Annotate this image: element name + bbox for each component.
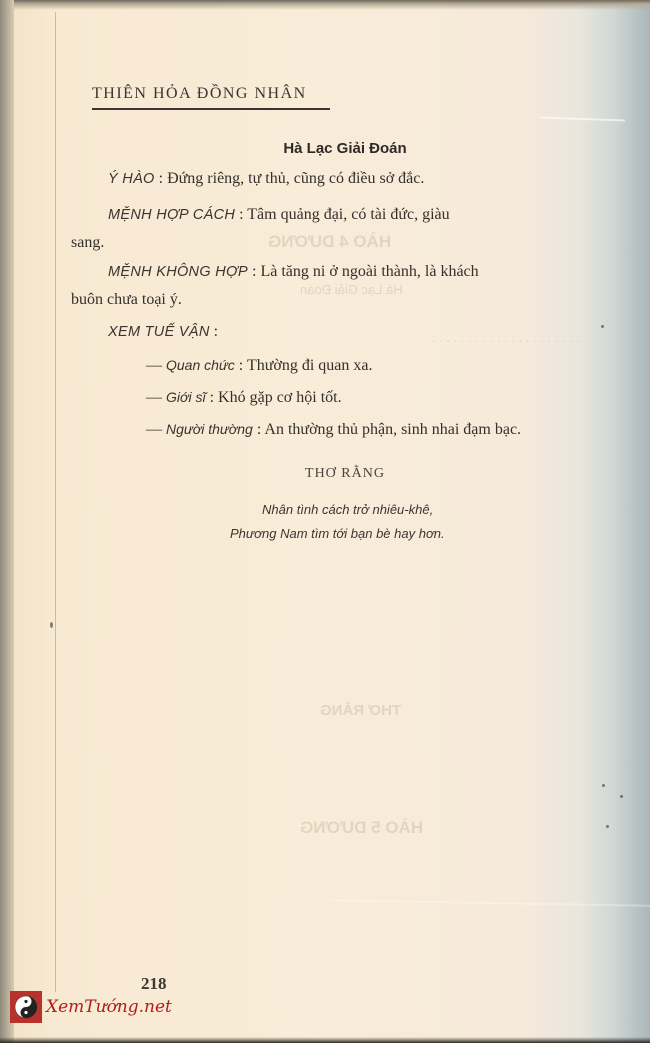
entry-label: Ý HÀO xyxy=(108,171,155,187)
section-title: Hà Lạc Giải Đoán xyxy=(0,140,650,157)
entry-continuation: sang. xyxy=(71,234,104,251)
entry-menh-hop-cach: MỆNH HỢP CÁCH : Tâm quảng đại, có tài đứ… xyxy=(108,201,588,257)
site-watermark[interactable]: XemTướng.net xyxy=(10,991,172,1023)
poem-line: Nhân tình cách trở nhiêu-khê, xyxy=(262,502,433,517)
entry-y-hao: Ý HÀO : Đứng riêng, tự thủ, cũng có điều… xyxy=(108,165,588,193)
entry-label: XEM TUẾ VẬN xyxy=(108,324,210,340)
book-page: HÀO 4 DƯƠNG Hà Lạc Giải Đoán THƠ RẰNG HÀ… xyxy=(0,0,650,1043)
show-through-text: THƠ RẰNG xyxy=(320,702,401,719)
entry-text: Đứng riêng, tự thủ, cũng có điều sở đắc. xyxy=(167,170,424,187)
header-rule xyxy=(92,108,330,110)
entry-xem-tue-van: XEM TUẾ VẬN : xyxy=(108,318,588,346)
poem-title: THƠ RẰNG xyxy=(0,466,650,482)
paper-crease xyxy=(330,899,650,907)
entry-text: Là tăng ni ở ngoài thành, là khách xyxy=(260,263,478,280)
paper-crease xyxy=(540,117,625,122)
entry-continuation: buôn chưa toại ý. xyxy=(71,291,182,308)
paper-speck xyxy=(50,622,53,628)
tue-van-quan-chuc: — Quan chức : Thường đi quan xa. xyxy=(146,357,373,375)
tue-van-text: Khó gặp cơ hội tốt. xyxy=(218,389,342,406)
tue-van-label: Người thường xyxy=(166,421,253,437)
paper-speck xyxy=(601,325,604,328)
tue-van-text: Thường đi quan xa. xyxy=(247,357,373,374)
yin-yang-icon xyxy=(10,991,42,1023)
tue-van-text: An thường thủ phận, sinh nhai đạm bạc. xyxy=(264,421,521,438)
running-head: THIÊN HỎA ĐỒNG NHÂN xyxy=(92,85,307,103)
fold-line xyxy=(55,12,56,992)
entry-label: MỆNH HỢP CÁCH xyxy=(108,207,235,223)
entry-label: MỆNH KHÔNG HỢP xyxy=(108,264,248,280)
tue-van-label: Quan chức xyxy=(166,357,235,373)
entry-text: Tâm quảng đại, có tài đức, giàu xyxy=(247,206,449,223)
paper-speck xyxy=(620,795,623,798)
tue-van-gioi-si: — Giới sĩ : Khó gặp cơ hội tốt. xyxy=(146,389,342,407)
paper-speck xyxy=(602,784,605,787)
tue-van-label: Giới sĩ xyxy=(166,389,206,405)
show-through-text: HÀO 5 DƯƠNG xyxy=(300,818,423,838)
watermark-text: XemTướng.net xyxy=(46,997,172,1017)
poem-line: Phương Nam tìm tới bạn bè hay hơn. xyxy=(230,526,445,541)
entry-menh-khong-hop: MỆNH KHÔNG HỢP : Là tăng ni ở ngoài thàn… xyxy=(108,258,588,314)
tue-van-nguoi-thuong: — Người thường : An thường thủ phận, sin… xyxy=(146,421,521,439)
paper-speck xyxy=(606,825,609,828)
